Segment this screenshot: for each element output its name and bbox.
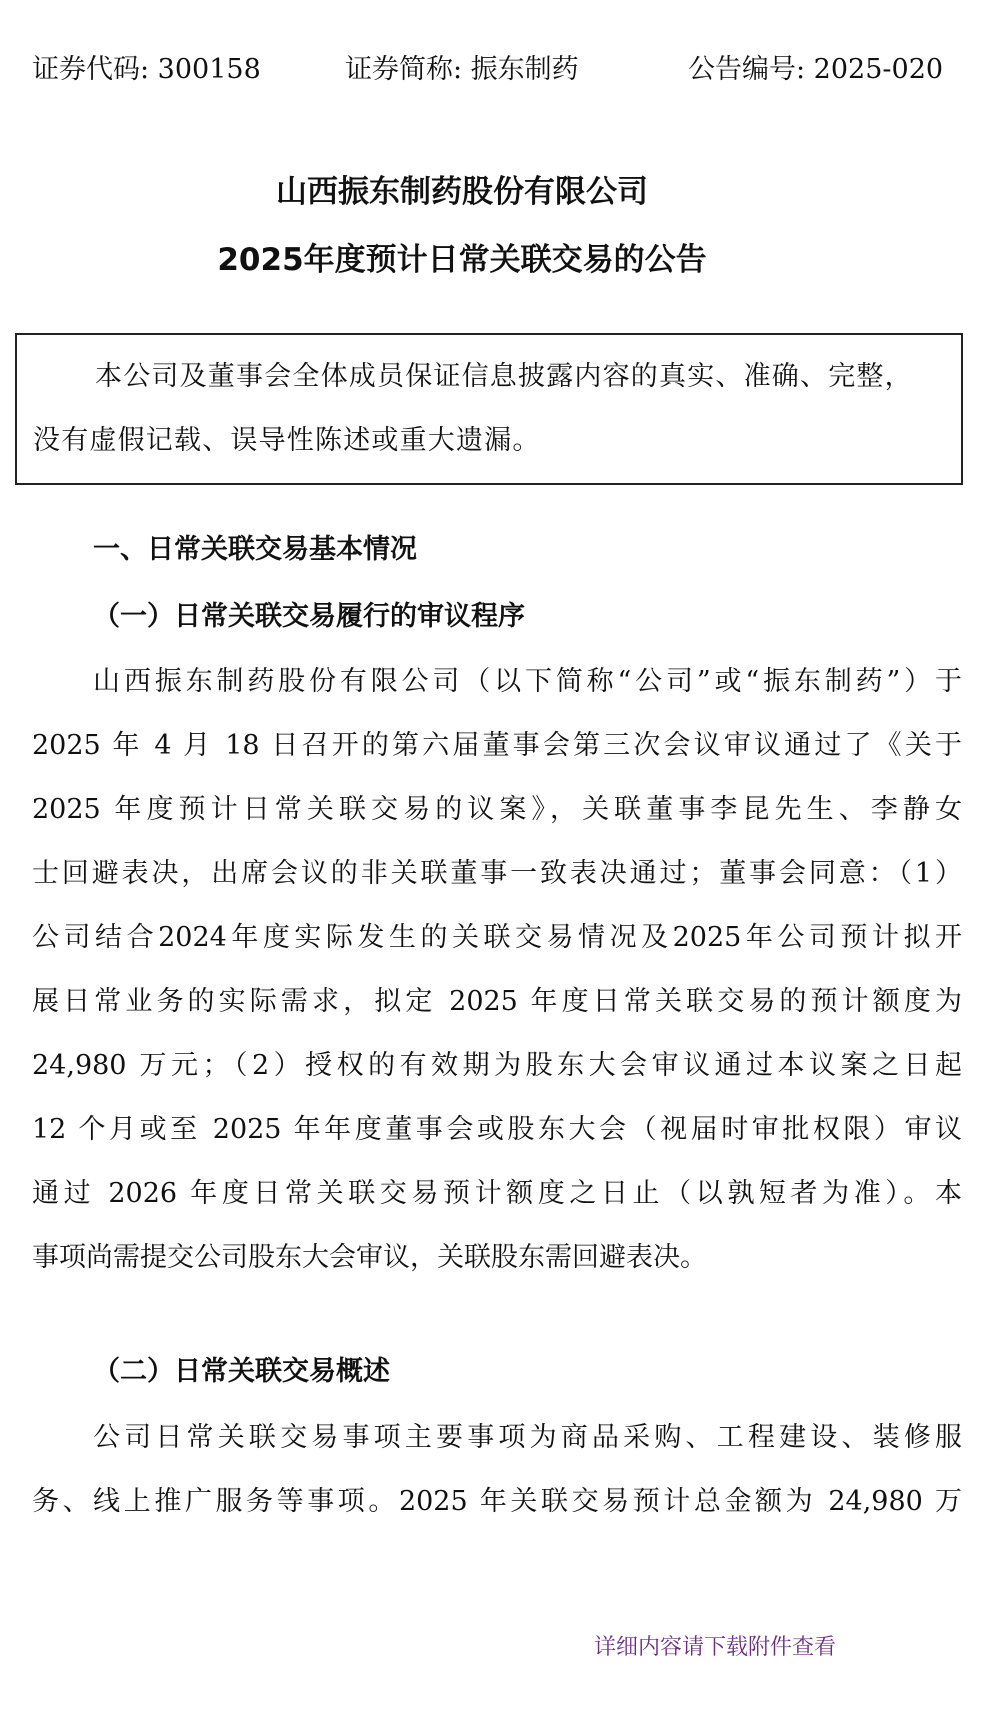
paragraph-line: 务、线上推广服务等事项。2025 年关联交易预计总金额为 24,980 万: [32, 1482, 962, 1522]
paragraph-line: 通过 2026 年度日常关联交易预计额度之日止（以孰短者为准）。本: [32, 1174, 962, 1214]
paragraph-line: 24,980 万元；（2）授权的有效期为股东大会审议通过本议案之日起: [32, 1046, 962, 1086]
section-heading-basic-info: 一、日常关联交易基本情况: [93, 530, 417, 570]
paragraph-line: 2025 年度预计日常关联交易的议案》，关联董事李昆先生、李静女: [32, 790, 962, 830]
announcement-header: 证券代码: 300158 证券简称: 振东制药 公告编号: 2025-020: [32, 50, 962, 90]
subsection-heading-overview: （二）日常关联交易概述: [93, 1352, 390, 1392]
paragraph-line: 2025 年 4 月 18 日召开的第六届董事会第三次会议审议通过了《关于: [32, 726, 962, 766]
subsection-heading-review-procedure: （一）日常关联交易履行的审议程序: [93, 597, 525, 637]
paragraph-line: 事项尚需提交公司股东大会审议，关联股东需回避表决。: [32, 1238, 962, 1278]
company-name-title: 山西振东制药股份有限公司: [0, 172, 962, 212]
announcement-number: 公告编号: 2025-020: [688, 50, 943, 90]
notice-line: 没有虚假记载、误导性陈述或重大遗漏。: [33, 421, 541, 461]
paragraph-line: 公司结合2024年度实际发生的关联交易情况及2025年公司预计拟开: [32, 918, 962, 958]
announcement-page: 证券代码: 300158 证券简称: 振东制药 公告编号: 2025-020 山…: [0, 0, 1000, 1733]
download-attachment-link[interactable]: 详细内容请下载附件查看: [594, 1633, 836, 1663]
security-code: 证券代码: 300158: [32, 50, 261, 90]
paragraph-line: 12 个月或至 2025 年年度董事会或股东大会（视届时审批权限）审议: [32, 1110, 962, 1150]
disclosure-notice-box: 本公司及董事会全体成员保证信息披露内容的真实、准确、完整， 没有虚假记载、误导性…: [15, 333, 963, 485]
paragraph-line: 士回避表决，出席会议的非关联董事一致表决通过；董事会同意：（1）: [32, 854, 962, 894]
paragraph-line: 山西振东制药股份有限公司（以下简称“公司”或“振东制药”）于: [93, 662, 962, 702]
notice-line: 本公司及董事会全体成员保证信息披露内容的真实、准确、完整，: [95, 357, 913, 397]
paragraph-line: 公司日常关联交易事项主要事项为商品采购、工程建设、装修服: [93, 1418, 962, 1458]
security-abbreviation: 证券简称: 振东制药: [345, 50, 579, 90]
announcement-subject-title: 2025年度预计日常关联交易的公告: [0, 240, 962, 280]
paragraph-line: 展日常业务的实际需求，拟定 2025 年度日常关联交易的预计额度为: [32, 982, 962, 1022]
